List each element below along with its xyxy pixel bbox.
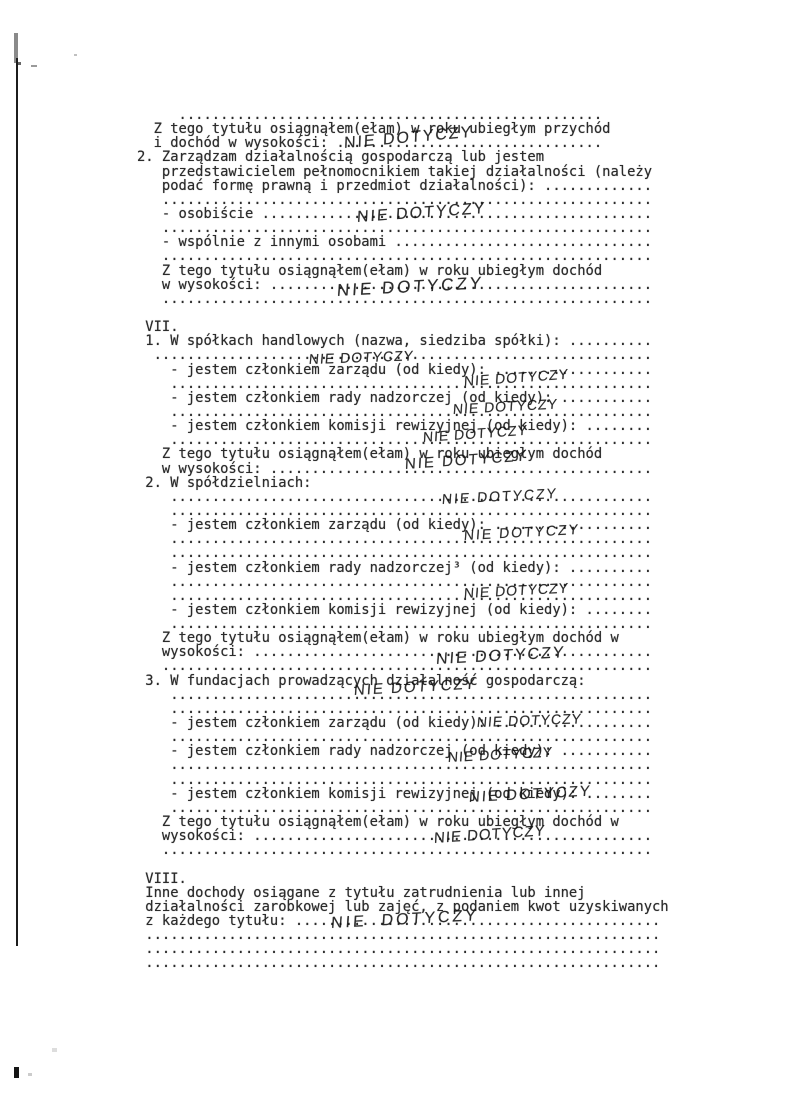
typed-line: - jestem członkiem rady nadzorczej (od k…	[137, 744, 669, 758]
typed-line: z każdego tytułu: ......................…	[137, 914, 669, 928]
typed-line: ........................................…	[137, 942, 669, 956]
typed-line: - jestem członkiem zarządu (od kiedy): .…	[137, 716, 669, 730]
typed-line: 1. W spółkach handlowych (nazwa, siedzib…	[137, 334, 669, 348]
typed-line: ........................................…	[137, 702, 669, 716]
document-page: ........................................…	[0, 0, 791, 1117]
typed-line: ........................................…	[137, 843, 669, 857]
typed-line: ........................................…	[137, 773, 669, 787]
scan-artifact-speck	[28, 1073, 32, 1076]
typed-line: w wysokości: ...........................…	[137, 278, 669, 292]
scan-artifact-bottom-mark	[14, 1067, 19, 1078]
typed-line: podać formę prawną i przedmiot działalno…	[137, 179, 669, 193]
typed-line: - jestem członkiem komisji rewizyjnej (o…	[137, 603, 669, 617]
typed-line: - jestem członkiem zarządu (od kiedy): .…	[137, 363, 669, 377]
typed-line: przedstawicielem pełnomocnikiem takiej d…	[137, 165, 669, 179]
typed-line: ........................................…	[137, 928, 669, 942]
typed-line: - jestem członkiem komisji rewizyjnej (o…	[137, 419, 669, 433]
typed-line: ........................................…	[137, 292, 669, 306]
typed-line: ........................................…	[137, 405, 669, 419]
scan-artifact-speck	[74, 54, 77, 56]
typed-line: ........................................…	[137, 659, 669, 673]
typed-line: w wysokości: ...........................…	[137, 462, 669, 476]
typed-line: ........................................…	[137, 730, 669, 744]
typed-line: ........................................…	[137, 348, 669, 362]
typed-line: wysokości: .............................…	[137, 829, 669, 843]
typed-line: ........................................…	[137, 801, 669, 815]
typed-line: - jestem członkiem komisji rewizyjnej (o…	[137, 787, 669, 801]
typed-line: Z tego tytułu osiągnąłem(ełam) w roku ub…	[137, 447, 669, 461]
typed-line: ........................................…	[137, 377, 669, 391]
typed-line: Z tego tytułu osiągnąłem(ełam) w roku ub…	[137, 264, 669, 278]
typed-line: - osobiście ............................…	[137, 207, 669, 221]
typed-line: ........................................…	[137, 504, 669, 518]
typed-line: ........................................…	[137, 688, 669, 702]
scan-artifact-speck	[31, 65, 37, 67]
typed-line: wysokości: .............................…	[137, 645, 669, 659]
typed-text-block: ........................................…	[137, 108, 669, 971]
typed-line: ........................................…	[137, 956, 669, 970]
typed-line: ........................................…	[137, 546, 669, 560]
typed-line: - jestem członkiem rady nadzorczej (od k…	[137, 391, 669, 405]
typed-line: ........................................…	[137, 490, 669, 504]
typed-line	[137, 306, 669, 320]
typed-line: 2. Zarządzam działalnością gospodarczą l…	[137, 150, 669, 164]
typed-line: Inne dochody osiągane z tytułu zatrudnie…	[137, 886, 669, 900]
scan-artifact-vertical-line-black	[16, 58, 18, 946]
typed-line: ........................................…	[137, 758, 669, 772]
typed-line: VIII.	[137, 872, 669, 886]
typed-line	[137, 857, 669, 871]
typed-line: ........................................…	[137, 532, 669, 546]
typed-line: - jestem członkiem rady nadzorczej³ (od …	[137, 561, 669, 575]
typed-line: ........................................…	[137, 589, 669, 603]
typed-line: działalności zarobkowej lub zajęć, z pod…	[137, 900, 669, 914]
scan-artifact-speck	[18, 62, 21, 65]
typed-line: ........................................…	[137, 575, 669, 589]
typed-line: - wspólnie z innymi osobami ............…	[137, 235, 669, 249]
typed-line: - jestem członkiem zarządu (od kiedy): .…	[137, 518, 669, 532]
typed-line: 3. W fundacjach prowadzących działalność…	[137, 674, 669, 688]
typed-line: 2. W spółdzielniach:	[137, 476, 669, 490]
typed-line: ........................................…	[137, 193, 669, 207]
typed-line: ........................................…	[137, 249, 669, 263]
scan-artifact-speck	[52, 1048, 57, 1052]
